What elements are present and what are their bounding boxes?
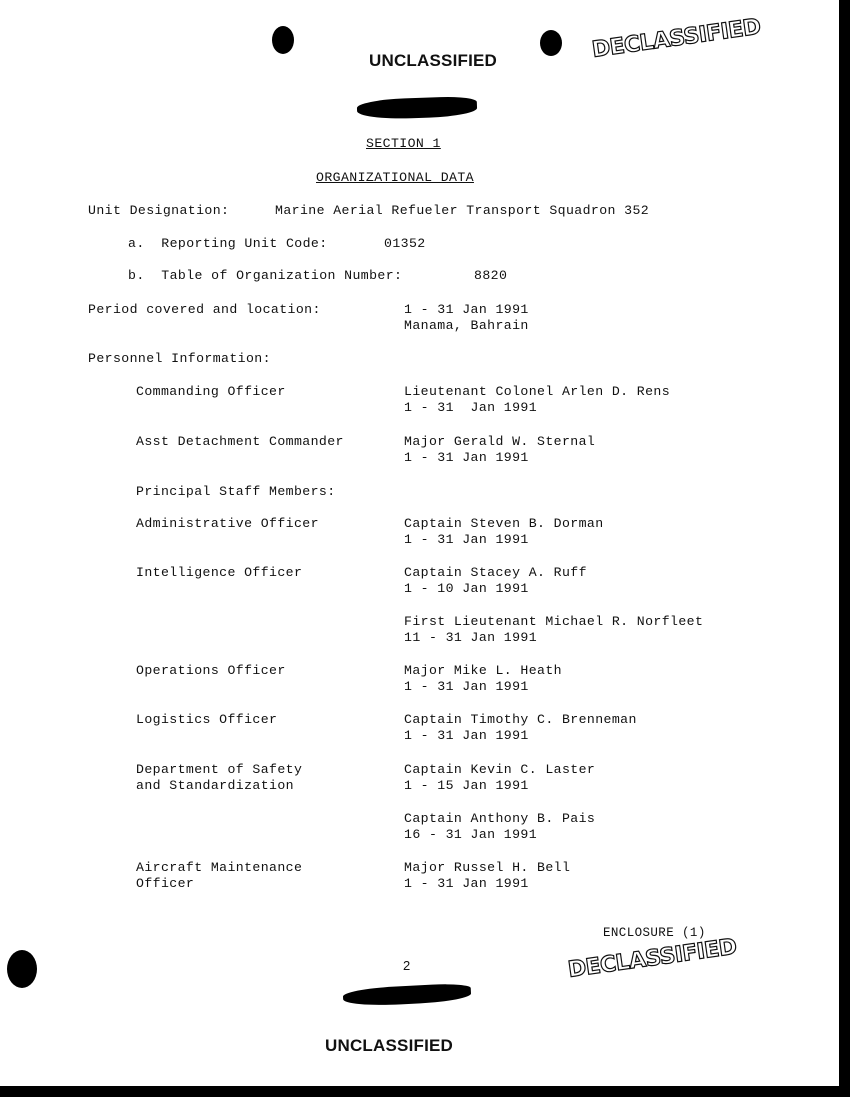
name-administrative-officer: Captain Steven B. Dorman	[404, 516, 604, 531]
page-number: 2	[403, 958, 410, 973]
name-asst-detachment-commander: Major Gerald W. Sternal	[404, 434, 595, 449]
redaction-bottom	[343, 983, 472, 1008]
dates-commanding-officer: 1 - 31 Jan 1991	[404, 400, 537, 415]
punch-hole-top-left	[272, 26, 294, 54]
role-administrative-officer: Administrative Officer	[136, 516, 319, 531]
role-intelligence-officer: Intelligence Officer	[136, 565, 302, 580]
name-logistics-officer: Captain Timothy C. Brenneman	[404, 712, 637, 727]
dates-logistics-officer: 1 - 31 Jan 1991	[404, 728, 529, 743]
period-label: Period covered and location:	[88, 302, 321, 317]
declassified-stamp-top: DECLASSIFIED	[591, 15, 763, 63]
name-safety-officer-1: Captain Kevin C. Laster	[404, 762, 595, 777]
enclosure-label: ENCLOSURE (1)	[603, 926, 706, 940]
role-safety-standardization-line2: and Standardization	[136, 778, 294, 793]
unit-designation-label: Unit Designation:	[88, 203, 229, 218]
personnel-heading: Personnel Information:	[88, 351, 271, 366]
dates-intelligence-officer-1: 1 - 10 Jan 1991	[404, 581, 529, 596]
name-intelligence-officer-2: First Lieutenant Michael R. Norfleet	[404, 614, 703, 629]
dates-operations-officer: 1 - 31 Jan 1991	[404, 679, 529, 694]
document-title: ORGANIZATIONAL DATA	[316, 170, 474, 185]
dates-safety-officer-1: 1 - 15 Jan 1991	[404, 778, 529, 793]
reporting-unit-code-label: a. Reporting Unit Code:	[128, 236, 328, 251]
name-operations-officer: Major Mike L. Heath	[404, 663, 562, 678]
dates-asst-detachment-commander: 1 - 31 Jan 1991	[404, 450, 529, 465]
role-aircraft-maintenance-officer: Aircraft Maintenance	[136, 860, 302, 875]
dates-intelligence-officer-2: 11 - 31 Jan 1991	[404, 630, 537, 645]
role-commanding-officer: Commanding Officer	[136, 384, 286, 399]
section-title: SECTION 1	[366, 136, 441, 151]
dates-administrative-officer: 1 - 31 Jan 1991	[404, 532, 529, 547]
declassified-stamp-bottom: DECLASSIFIED	[567, 935, 739, 983]
dates-aircraft-maintenance-officer: 1 - 31 Jan 1991	[404, 876, 529, 891]
name-intelligence-officer-1: Captain Stacey A. Ruff	[404, 565, 587, 580]
classification-bottom: UNCLASSIFIED	[325, 1036, 453, 1056]
role-logistics-officer: Logistics Officer	[136, 712, 277, 727]
redaction-top	[357, 96, 478, 120]
punch-hole-top-right	[540, 30, 562, 56]
role-safety-standardization: Department of Safety	[136, 762, 302, 777]
punch-hole-bottom-left	[7, 950, 37, 988]
role-operations-officer: Operations Officer	[136, 663, 286, 678]
scan-edge-bottom	[0, 1086, 850, 1097]
name-aircraft-maintenance-officer: Major Russel H. Bell	[404, 860, 570, 875]
dates-safety-officer-2: 16 - 31 Jan 1991	[404, 827, 537, 842]
principal-staff-heading: Principal Staff Members:	[136, 484, 336, 499]
classification-top: UNCLASSIFIED	[369, 51, 497, 71]
scan-edge-right	[839, 0, 850, 1097]
name-safety-officer-2: Captain Anthony B. Pais	[404, 811, 595, 826]
name-commanding-officer: Lieutenant Colonel Arlen D. Rens	[404, 384, 670, 399]
table-of-organization-value: 8820	[474, 268, 507, 283]
location-value: Manama, Bahrain	[404, 318, 529, 333]
reporting-unit-code-value: 01352	[384, 236, 426, 251]
table-of-organization-label: b. Table of Organization Number:	[128, 268, 402, 283]
role-asst-detachment-commander: Asst Detachment Commander	[136, 434, 344, 449]
unit-designation-value: Marine Aerial Refueler Transport Squadro…	[275, 203, 649, 218]
period-value: 1 - 31 Jan 1991	[404, 302, 529, 317]
role-aircraft-maintenance-officer-line2: Officer	[136, 876, 194, 891]
